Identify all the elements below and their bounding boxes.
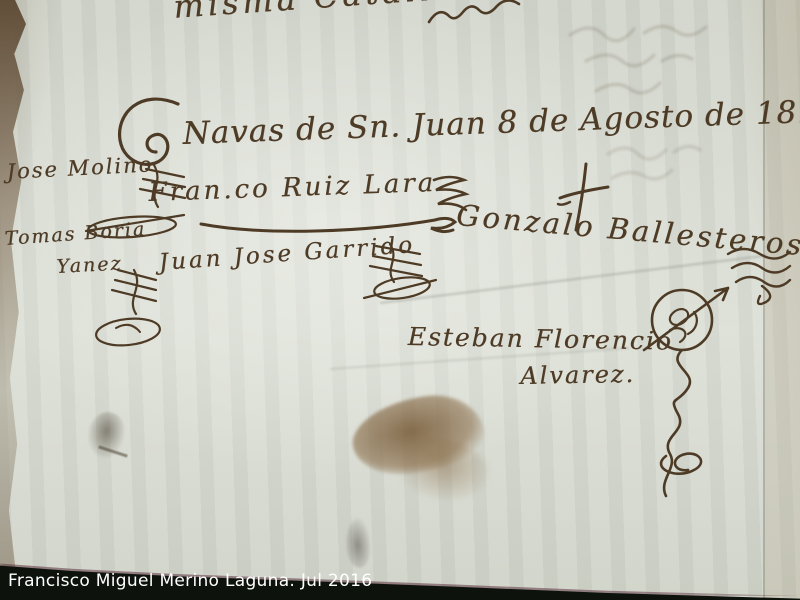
- rubric-flourish-garrido: [362, 238, 440, 304]
- rubric-underline-ruiz-lara: [195, 202, 465, 242]
- small-gray-stain-bottom: [344, 517, 372, 569]
- torn-page-edge: [0, 0, 26, 600]
- signature-esteban-florencio-line2: Alvarez.: [520, 360, 635, 390]
- illegible-word-fragment: [425, 0, 525, 32]
- photo-caption: Francisco Miguel Merino Laguna. Jul 2016: [8, 571, 372, 591]
- rubric-flourish-esteban: [632, 278, 740, 478]
- manuscript-photo: misma Catalina Navas de Sn. Juan 8 de Ag…: [0, 0, 800, 600]
- bleedthrough-ghost-writing: [600, 130, 770, 200]
